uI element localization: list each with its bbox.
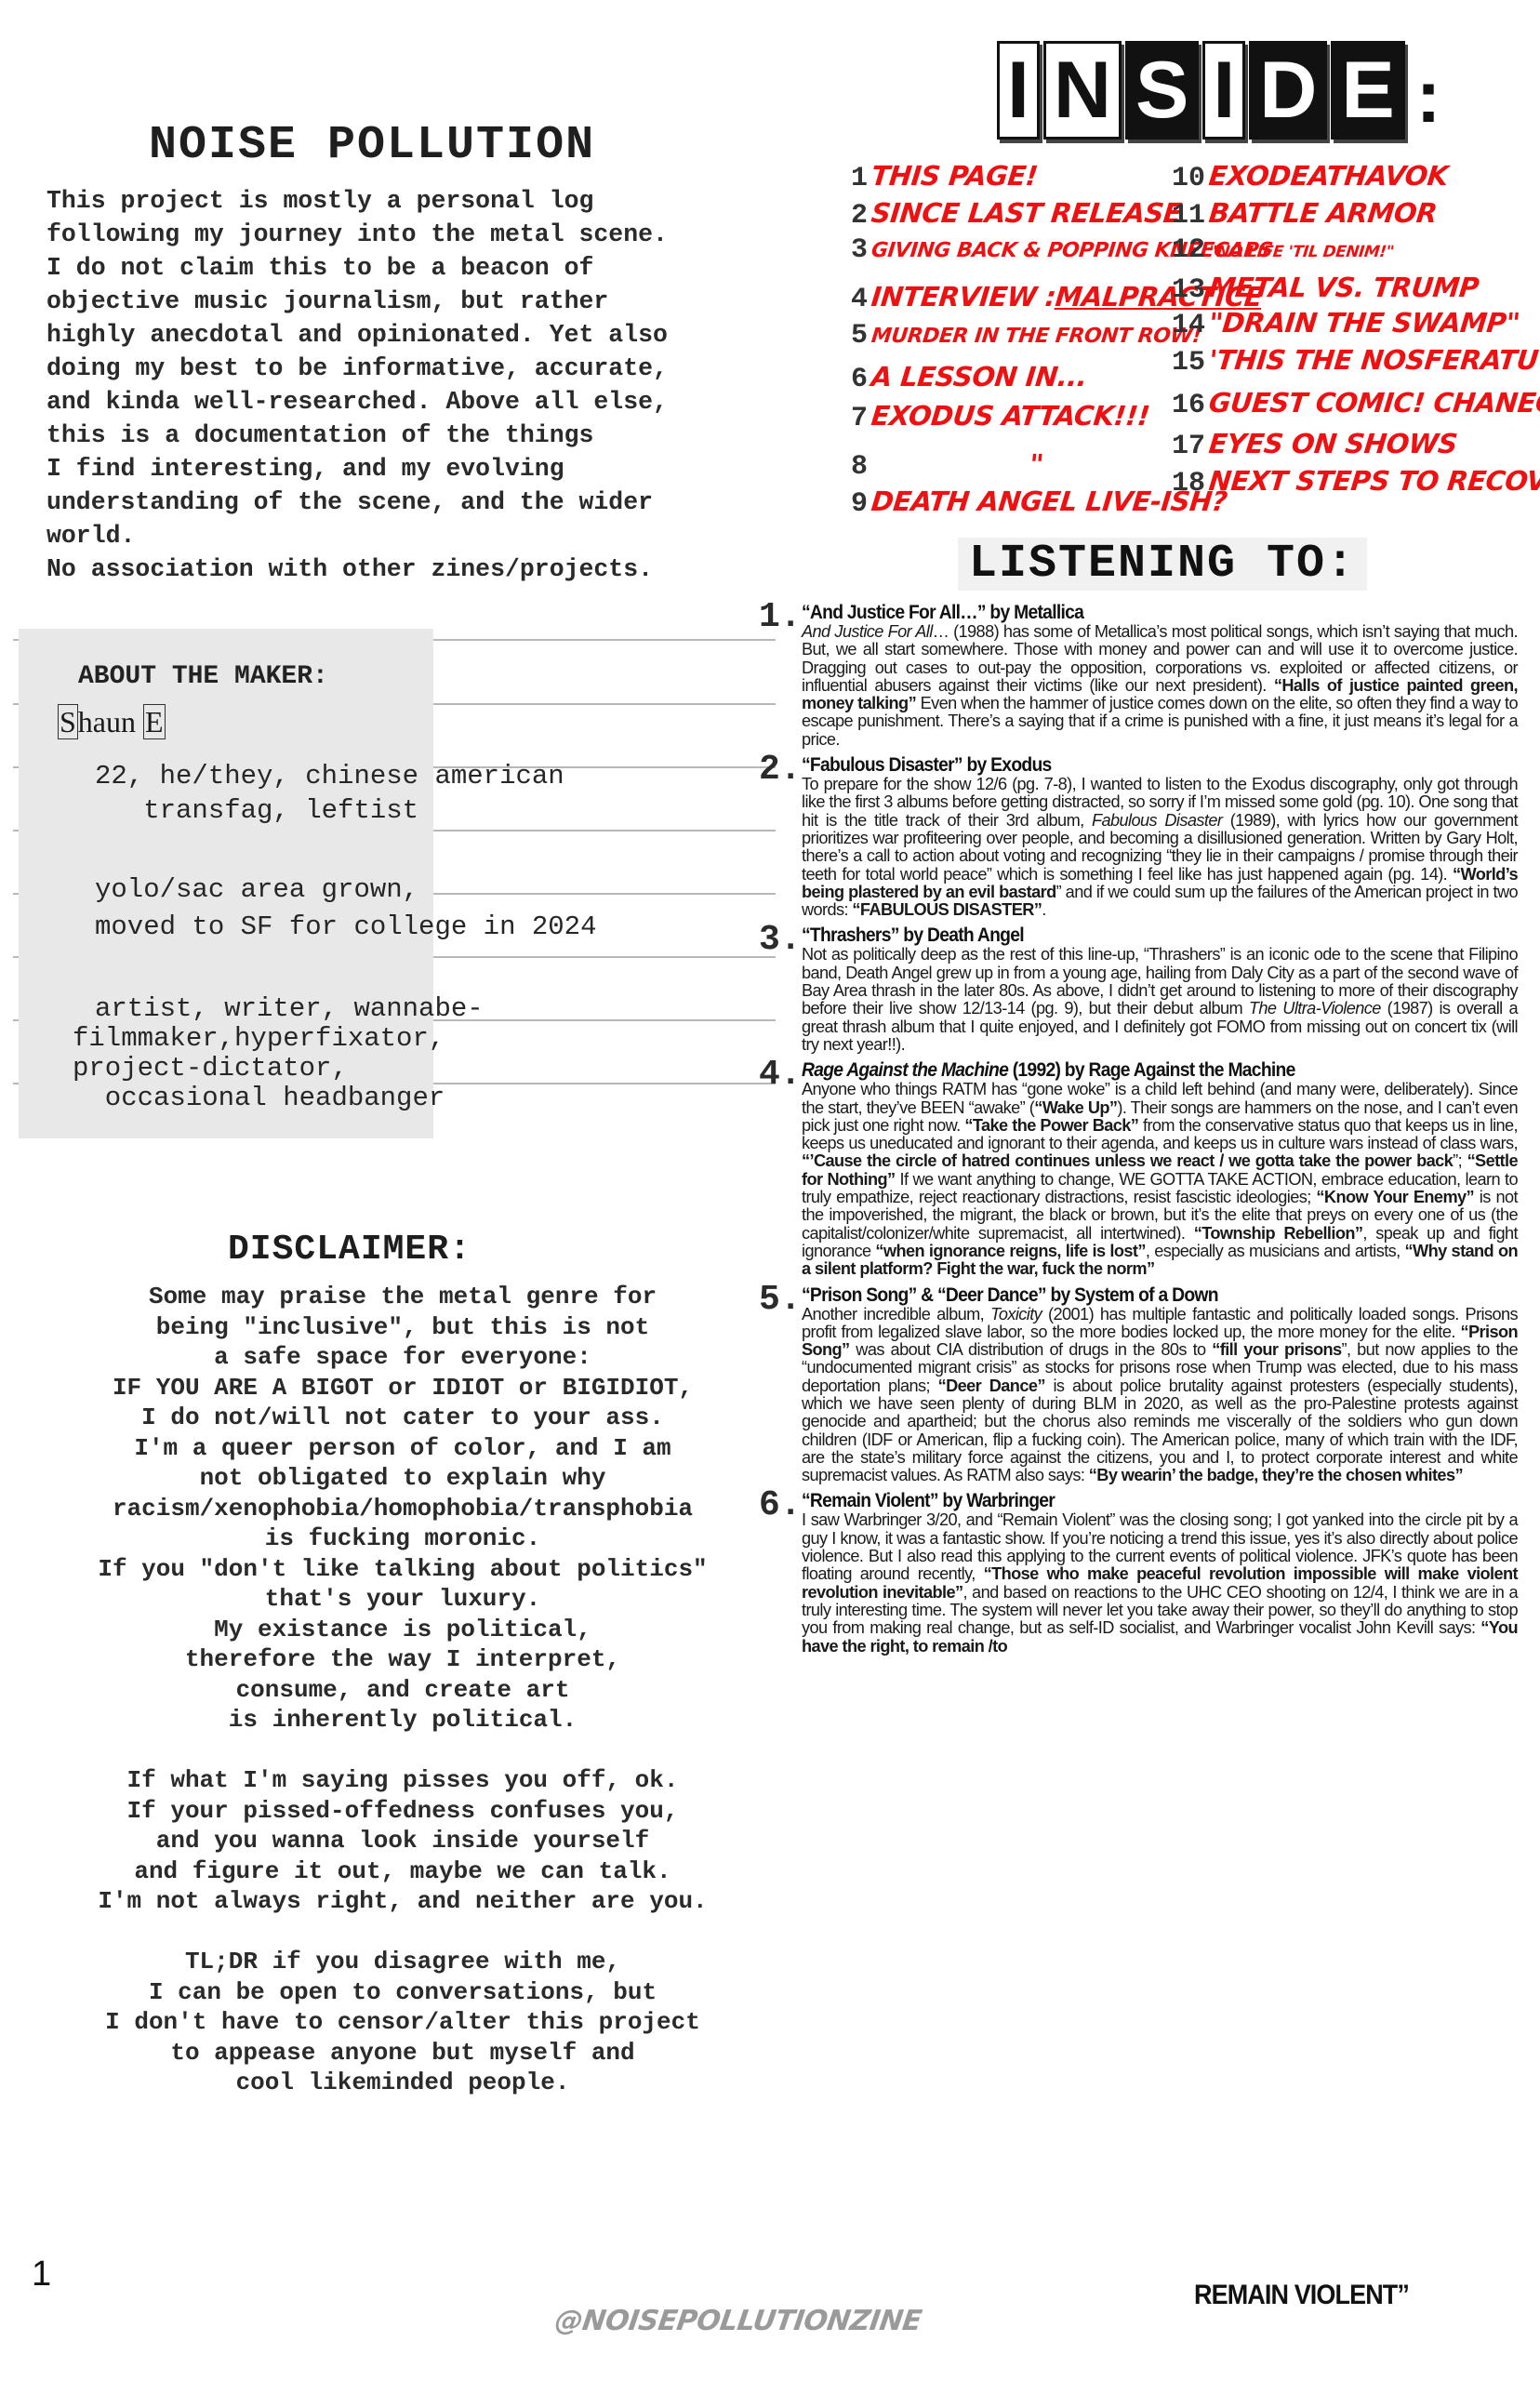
toc-item: 9DEATH ANGEL LIVE-ISH? — [851, 486, 1227, 520]
entry-title: “Fabulous Disaster” by Exodus — [802, 755, 1460, 776]
name-initial-box: E — [143, 704, 166, 739]
entry-title: “Thrashers” by Death Angel — [802, 925, 1460, 946]
toc-item: 6A LESSON IN... — [851, 361, 1087, 395]
inside-title: INSIDE: — [997, 28, 1440, 140]
toc-number: 9 — [851, 488, 868, 520]
toc-label: 'THIS THE NOSFERATU SZN — [1207, 344, 1540, 376]
toc-label: METAL VS. TRUMP — [1207, 272, 1480, 303]
toc-number: 5 — [851, 320, 868, 352]
entry-number: 1. — [759, 597, 802, 637]
entry-title: “Prison Song” & “Deer Dance” by System o… — [802, 1285, 1460, 1306]
zine-title: NOISE POLLUTION — [149, 119, 595, 172]
toc-number: 10 — [1172, 163, 1205, 194]
toc-label: GUEST COMIC! CHANEQUE — [1207, 387, 1540, 419]
inside-title-letter: S — [1125, 41, 1199, 140]
toc-label: EXODEATHAVOK — [1207, 160, 1450, 192]
maker-name: Shaun E — [58, 705, 166, 739]
about-line: 22, he/they, chinese american — [95, 761, 564, 791]
inside-title-letter: E — [1331, 41, 1404, 140]
about-line: transfag, leftist — [95, 795, 418, 826]
toc-number: 3 — [851, 234, 868, 266]
entry-body: Not as politically deep as the rest of t… — [802, 946, 1518, 1054]
closing-line: REMAIN VIOLENT” — [1194, 2280, 1409, 2311]
listening-entry: 5.“Prison Song” & “Deer Dance” by System… — [763, 1285, 1518, 1485]
toc-item: 17EYES ON SHOWS — [1172, 428, 1457, 462]
toc-label: A LESSON IN... — [870, 361, 1088, 392]
toc-number: 2 — [851, 200, 868, 232]
toc-label: NEXT STEPS TO RECOVERY — [1207, 465, 1540, 497]
about-heading: ABOUT THE MAKER: — [78, 662, 328, 691]
toc-number: 4 — [851, 284, 868, 315]
toc-label: MURDER IN THE FRONT ROW! — [870, 325, 1202, 348]
toc-item: 11BATTLE ARMOR — [1172, 197, 1437, 232]
toc-label: THIS PAGE! — [870, 160, 1039, 192]
disclaimer-body: Some may praise the metal genre for bein… — [7, 1282, 798, 2098]
toc-number: 18 — [1172, 468, 1205, 499]
toc-number: 11 — [1172, 200, 1205, 232]
listening-entry: 6.“Remain Violent” by WarbringerI saw Wa… — [763, 1491, 1518, 1655]
toc-number: 8 — [851, 451, 868, 483]
inside-title-colon: : — [1416, 54, 1441, 140]
toc-label: "NO LIFE 'TIL DENIM!" — [1208, 243, 1395, 261]
toc-label: BATTLE ARMOR — [1207, 197, 1439, 229]
toc-item: 7EXODUS ATTACK!!! — [851, 400, 1149, 434]
entry-title: “And Justice For All…” by Metallica — [802, 603, 1460, 623]
listening-entry: 2.“Fabulous Disaster” by ExodusTo prepar… — [763, 755, 1518, 919]
about-line: artist, writer, wannabe- — [95, 993, 484, 1024]
toc-item: 14"DRAIN THE SWAMP" — [1172, 307, 1520, 341]
entry-number: 6. — [759, 1485, 802, 1525]
listening-to-title: LISTENING TO: — [958, 538, 1367, 591]
toc-item: 5MURDER IN THE FRONT ROW! — [851, 320, 1201, 352]
toc-number: 15 — [1172, 347, 1205, 379]
toc-item: 2SINCE LAST RELEASE — [851, 197, 1181, 232]
intro-paragraph: This project is mostly a personal log fo… — [46, 184, 828, 586]
listening-list: 1.“And Justice For All…” by MetallicaAnd… — [763, 603, 1518, 1662]
entry-body: And Justice For All… (1988) has some of … — [802, 623, 1518, 749]
listening-entry: 4.Rage Against the Machine (1992) by Rag… — [763, 1060, 1518, 1278]
inside-title-letter: N — [1043, 41, 1122, 140]
about-line: filmmaker,hyperfixator, — [73, 1023, 445, 1054]
entry-number: 3. — [759, 920, 802, 960]
inside-title-letter: I — [997, 41, 1040, 140]
name-rest: haun — [78, 705, 143, 738]
toc-item: 1THIS PAGE! — [851, 160, 1038, 194]
toc-number: 14 — [1172, 310, 1205, 341]
about-line: moved to SF for college in 2024 — [95, 911, 597, 942]
toc-label: " — [1028, 448, 1044, 480]
about-line: yolo/sac area grown, — [95, 874, 418, 905]
toc-item: 18NEXT STEPS TO RECOVERY — [1172, 465, 1540, 499]
disclaimer-title: DISCLAIMER: — [228, 1230, 471, 1270]
inside-title-letter: D — [1249, 41, 1327, 140]
inside-title-letter: I — [1202, 41, 1245, 140]
entry-body: I saw Warbringer 3/20, and “Remain Viole… — [802, 1511, 1518, 1655]
entry-number: 5. — [759, 1280, 802, 1320]
toc-item: 16GUEST COMIC! CHANEQUE — [1172, 387, 1540, 421]
toc-number: 7 — [851, 403, 868, 434]
toc-label: EXODUS ATTACK!!! — [870, 400, 1151, 432]
about-line: project-dictator, — [73, 1053, 348, 1084]
toc-number: 1 — [851, 163, 868, 194]
toc-label: "DRAIN THE SWAMP" — [1207, 307, 1521, 339]
entry-body: Another incredible album, Toxicity (2001… — [802, 1306, 1518, 1485]
toc-number: 6 — [851, 364, 868, 395]
toc-item: 12"NO LIFE 'TIL DENIM!" — [1172, 234, 1394, 266]
entry-title: Rage Against the Machine (1992) by Rage … — [802, 1060, 1460, 1081]
name-initial-box: S — [58, 704, 78, 739]
social-handle: @NOISEPOLLUTIONZINE — [553, 2305, 923, 2337]
toc-item: 8" — [851, 448, 1043, 483]
about-line: occasional headbanger — [73, 1083, 445, 1113]
entry-body: Anyone who things RATM has “gone woke” i… — [802, 1081, 1518, 1278]
toc-item: 15'THIS THE NOSFERATU SZN — [1172, 344, 1540, 379]
toc-label: EYES ON SHOWS — [1207, 428, 1458, 459]
entry-number: 2. — [759, 750, 802, 790]
entry-title: “Remain Violent” by Warbringer — [802, 1491, 1460, 1511]
toc-label: SINCE LAST RELEASE — [870, 197, 1183, 229]
toc-item: 13METAL VS. TRUMP — [1172, 272, 1479, 306]
page-number: 1 — [32, 2255, 51, 2295]
listening-entry: 3.“Thrashers” by Death AngelNot as polit… — [763, 925, 1518, 1054]
listening-entry: 1.“And Justice For All…” by MetallicaAnd… — [763, 603, 1518, 749]
toc-number: 17 — [1172, 431, 1205, 462]
toc-number: 12 — [1172, 234, 1205, 266]
entry-body: To prepare for the show 12/6 (pg. 7-8), … — [802, 776, 1518, 919]
toc-item: 10EXODEATHAVOK — [1172, 160, 1448, 194]
toc-label: INTERVIEW : — [870, 281, 1057, 313]
entry-number: 4. — [759, 1055, 802, 1095]
toc-number: 16 — [1172, 390, 1205, 421]
toc-number: 13 — [1172, 274, 1205, 306]
